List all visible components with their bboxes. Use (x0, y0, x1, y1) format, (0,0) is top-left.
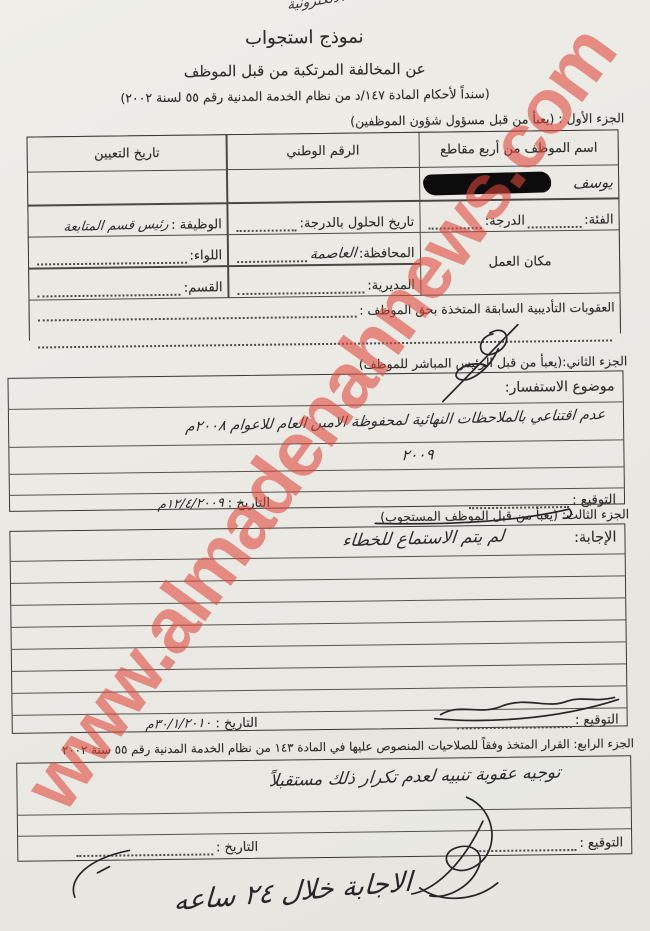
employee-info-table: اسم الموظف من أربع مقاطع الرقم الوطني تا… (27, 129, 621, 340)
penalties-cell: العقوبات التأديبية السابقة المتخذة بحق ا… (30, 293, 621, 350)
top-handwritten-scribble: الالكترونية (287, 0, 345, 14)
part2-date-handwritten: ١٢/٤/٢٠٠٩م (157, 496, 224, 513)
form-content: الالكترونية نموذج استجواب عن المخالفة ال… (0, 0, 650, 931)
section-label: القسم: (184, 280, 223, 295)
part3-box: الإجابة: لم يتم الاستماع للخطاء التوقيع … (9, 523, 627, 734)
dotted-line (457, 715, 572, 729)
dotted-line (429, 216, 482, 230)
workplace-cell: مكان العمل (421, 231, 620, 295)
liwa-label: اللواء: (189, 248, 222, 263)
inquiry-subject-label: موضوع الاستفسار: (505, 378, 615, 395)
dotted-line (38, 305, 357, 322)
governorate-label: المحافظة: (359, 246, 415, 262)
job-title-label: الوظيفة : (171, 217, 222, 233)
answer-label: الإجابة: (574, 529, 617, 546)
part2-box: موضوع الاستفسار: عدم اقتناعي بالملاحظات … (7, 370, 625, 512)
penalties-label: العقوبات التأديبية السابقة المتخذة بحق ا… (359, 299, 615, 317)
part2-date-label: التاريخ : (228, 496, 270, 512)
liwa-cell: اللواء: (29, 235, 228, 267)
section-cell: القسم: (29, 267, 228, 299)
col-header-hire-date: تاريخ التعيين (28, 135, 227, 171)
dotted-line (236, 218, 297, 232)
employee-name-handwritten: يوسف (572, 173, 614, 192)
category-label: الفئة: (584, 212, 614, 227)
part4-date-label: التاريخ : (216, 840, 258, 856)
dotted-line (37, 282, 181, 297)
dotted-line (528, 215, 581, 229)
national-id-cell (228, 168, 419, 202)
part3-date-label: التاريخ : (215, 716, 257, 732)
col-header-national-id: الرقم الوطني (227, 133, 418, 169)
dotted-line (76, 842, 213, 857)
governorate-cell: المحافظة: العاصمة (228, 233, 419, 265)
dotted-line (237, 249, 308, 263)
dotted-line (237, 280, 364, 295)
inquiry-handwritten-line2: ٢٠٠٩ (400, 445, 434, 464)
col-header-employee-name: اسم الموظف من أربع مقاطع (420, 130, 618, 166)
governorate-handwritten: العاصمة (309, 245, 357, 262)
grade-date-cell: تاريخ الحلول بالدرجة: (228, 202, 419, 234)
legal-basis-line: (سنداً لأحكام المادة ١٤٧/د من نظام الخدم… (0, 84, 614, 107)
part3-signature-label: التوقيع : (575, 712, 619, 728)
part4-signature-label: التوقيع : (579, 835, 623, 851)
form-subtitle: عن المخالفة المرتكبة من قبل الموظف (0, 57, 614, 83)
directorate-label: المديرية: (367, 277, 415, 293)
job-title-handwritten: رئيس قسم المتابعة (62, 217, 169, 235)
dotted-line (37, 251, 187, 266)
scanned-document-page: الالكترونية نموذج استجواب عن المخالفة ال… (0, 0, 650, 931)
hire-date-cell (28, 171, 227, 205)
redaction-bar (423, 172, 552, 196)
category-grade-cell: الفئة: الدرجة: (420, 199, 618, 231)
part1-label: الجزء الأول : (يعبأ من قبل مسؤول شؤون ال… (350, 110, 624, 128)
answer-handwritten: لم يتم الاستماع للخطاء (342, 526, 506, 551)
part2-label: الجزء الثاني:(يعبأ من قبل الرئيس المباشر… (359, 353, 628, 371)
dotted-line (38, 328, 612, 348)
dotted-line (476, 838, 576, 852)
bottom-handwritten-note: الاجابة خلال ٢٤ ساعه (173, 867, 412, 918)
grade-date-label: تاريخ الحلول بالدرجة: (300, 215, 415, 231)
directorate-cell: المديرية: (229, 264, 420, 296)
part3-label: الجزء الثالث: (يعبأ من قبل الموظف المستج… (380, 506, 629, 524)
employee-name-cell: يوسف (420, 166, 618, 200)
grade-label: الدرجة: (485, 213, 525, 228)
part4-box: توجيه عقوبة تنبيه لعدم تكرار ذلك مستقبلا… (16, 755, 632, 862)
form-title: نموذج استجواب (0, 23, 613, 52)
part3-date-handwritten: ٣٠/١/٢٠١٠م (145, 716, 212, 733)
decision-handwritten: توجيه عقوبة تنبيه لعدم تكرار ذلك مستقبلا… (268, 763, 561, 792)
inquiry-handwritten-line1: عدم اقتناعي بالملاحظات النهائية لمحفوظة … (185, 407, 606, 435)
job-title-cell: الوظيفة : رئيس قسم المتابعة (28, 204, 227, 236)
